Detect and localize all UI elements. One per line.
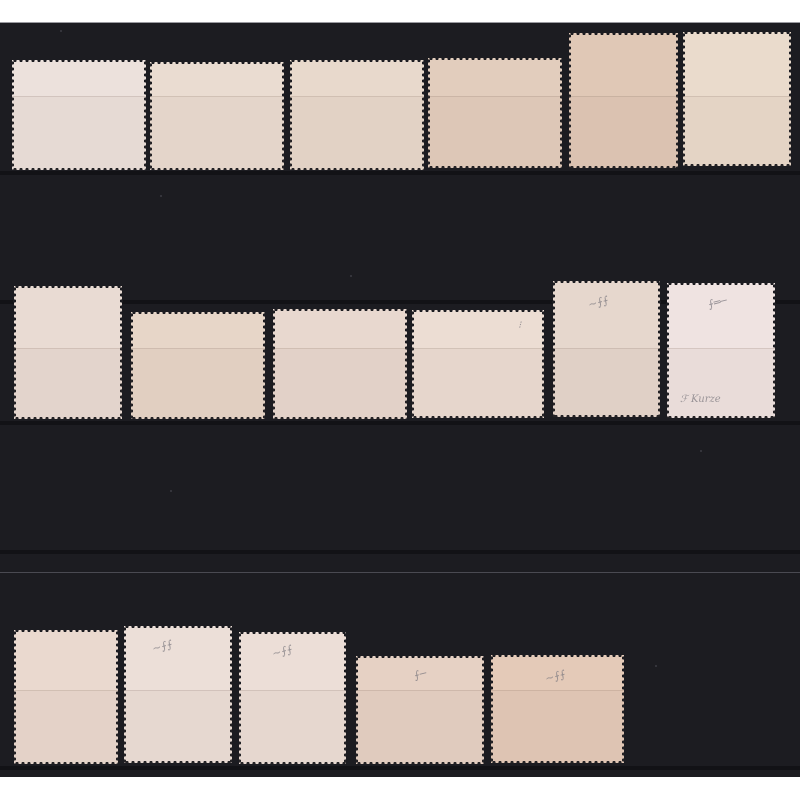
strip-edge-2 <box>0 421 800 425</box>
strip-overlap-shade <box>124 690 232 763</box>
stamp-row-1-4 <box>428 58 562 168</box>
pencil-signature-row-2-4: ⁝ <box>518 320 521 331</box>
sheet-top-edge <box>0 22 800 23</box>
perforation-edge <box>14 629 118 632</box>
strip-overlap-shade <box>12 96 146 170</box>
perforation-edge <box>273 308 407 311</box>
perforation-edge <box>553 280 660 283</box>
stamp-row-2-2 <box>131 312 265 419</box>
strip-overlap-shade <box>290 96 424 170</box>
stamp-row-1-6 <box>683 32 791 166</box>
perforation-edge <box>124 625 232 628</box>
strip-overlap-shade <box>667 348 775 418</box>
perforation-edge <box>239 631 346 634</box>
perforation-edge <box>428 57 562 60</box>
perforation-edge <box>667 282 775 285</box>
pencil-signature-row-2-6-bottom: ℱ Kurze <box>680 394 721 405</box>
stamp-row-1-3 <box>290 60 424 170</box>
stamp-row-1-1 <box>12 60 146 170</box>
strip-overlap-shade <box>412 348 544 418</box>
perforation-edge <box>12 59 146 62</box>
strip-overlap-shade <box>491 690 624 763</box>
strip-overlap-shade <box>569 96 678 168</box>
perforation-edge <box>150 61 284 64</box>
perforation-edge <box>569 32 678 35</box>
strip-overlap-shade <box>356 690 484 764</box>
strip-overlap-shade <box>239 690 346 764</box>
strip-edge-3 <box>0 550 800 554</box>
perforation-edge <box>683 31 791 34</box>
perforation-edge <box>131 311 265 314</box>
perforation-edge <box>290 59 424 62</box>
stamp-row-1-2 <box>150 62 284 170</box>
strip-edge-5 <box>0 766 800 770</box>
stamp-row-1-5 <box>569 33 678 168</box>
perforation-edge <box>14 285 122 288</box>
strip-edge-0 <box>0 171 800 175</box>
strip-overlap-shade <box>273 348 407 419</box>
stamp-row-3-1 <box>14 630 118 764</box>
strip-overlap-shade <box>14 348 122 419</box>
perforation-edge <box>412 309 544 312</box>
stamp-row-2-3 <box>273 309 407 419</box>
perforation-edge <box>491 654 624 657</box>
strip-overlap-shade <box>683 96 791 166</box>
stamp-row-3-2 <box>124 626 232 763</box>
strip-overlap-shade <box>131 348 265 419</box>
strip-overlap-shade <box>14 690 118 764</box>
stamp-row-2-4 <box>412 310 544 418</box>
strip-overlap-shade <box>150 96 284 170</box>
strip-overlap-shade <box>428 96 562 168</box>
strip-overlap-shade <box>553 348 660 417</box>
stamp-row-2-1 <box>14 286 122 419</box>
strip-shine-4 <box>0 572 800 573</box>
perforation-edge <box>356 655 484 658</box>
